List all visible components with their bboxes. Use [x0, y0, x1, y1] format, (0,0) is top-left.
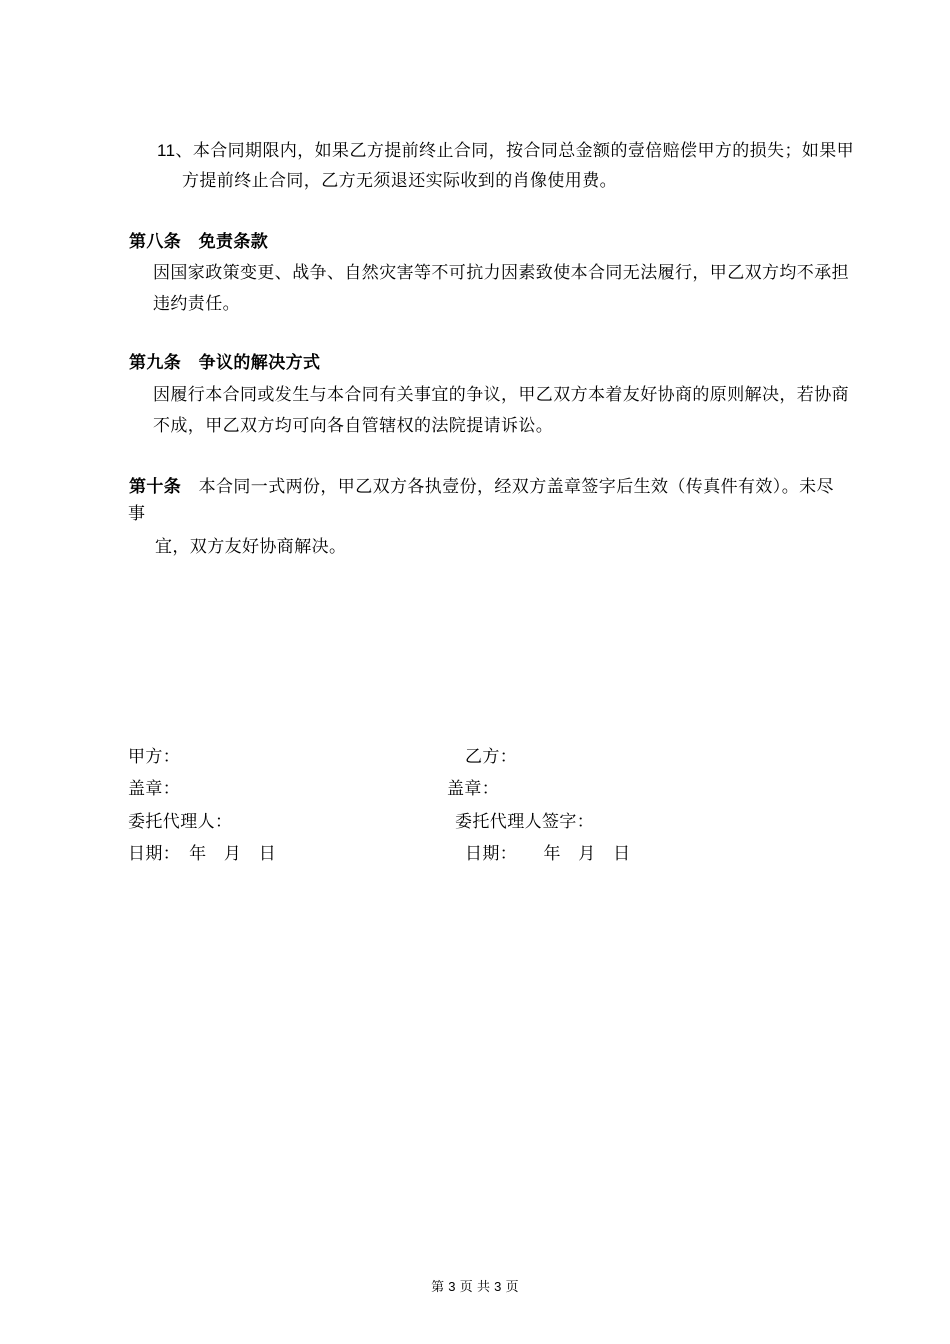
- article-10-line-1: 第十条 本合同一式两份，甲乙双方各执壹份，经双方盖章签字后生效（传真件有效）。未…: [129, 478, 834, 495]
- article-10-line-1-text: 本合同一式两份，甲乙双方各执壹份，经双方盖章签字后生效（传真件有效）。未尽: [181, 477, 834, 496]
- contract-document-page: 11、本合同期限内，如果乙方提前终止合同，按合同总金额的壹倍赔偿甲方的损失；如果…: [0, 0, 950, 1344]
- party-b-name-label: 乙方：: [465, 748, 517, 765]
- article-10-number: 第十条: [129, 477, 181, 496]
- party-a-name-label: 甲方：: [128, 748, 180, 765]
- party-b-agent-label: 委托代理人签字：: [455, 813, 594, 830]
- clause-11-line-1: 11、本合同期限内，如果乙方提前终止合同，按合同总金额的壹倍赔偿甲方的损失；如果…: [157, 142, 854, 159]
- article-9-line-1: 因履行本合同或发生与本合同有关事宜的争议，甲乙双方本着友好协商的原则解决，若协商: [153, 386, 849, 403]
- clause-11-line-2: 方提前终止合同，乙方无须退还实际收到的肖像使用费。: [182, 172, 617, 189]
- article-10-line-2: 事: [128, 505, 145, 522]
- article-8-heading: 第八条 免责条款: [129, 233, 268, 250]
- article-8-line-2: 违约责任。: [153, 295, 240, 312]
- article-8-line-1: 因国家政策变更、战争、自然灾害等不可抗力因素致使本合同无法履行，甲乙双方均不承担: [153, 264, 849, 281]
- party-a-agent-label: 委托代理人：: [128, 813, 232, 830]
- party-a-seal-label: 盖章：: [128, 780, 180, 797]
- party-b-seal-label: 盖章：: [447, 780, 499, 797]
- party-a-date-label: 日期： 年 月 日: [128, 845, 276, 862]
- party-b-date-label: 日期： 年 月 日: [465, 845, 631, 862]
- page-number-indicator: 第 3 页 共 3 页: [0, 1280, 950, 1294]
- article-9-line-2: 不成，甲乙双方均可向各自管辖权的法院提请诉讼。: [153, 417, 553, 434]
- article-10-line-3: 宜，双方友好协商解决。: [155, 538, 346, 555]
- article-9-heading: 第九条 争议的解决方式: [129, 354, 320, 371]
